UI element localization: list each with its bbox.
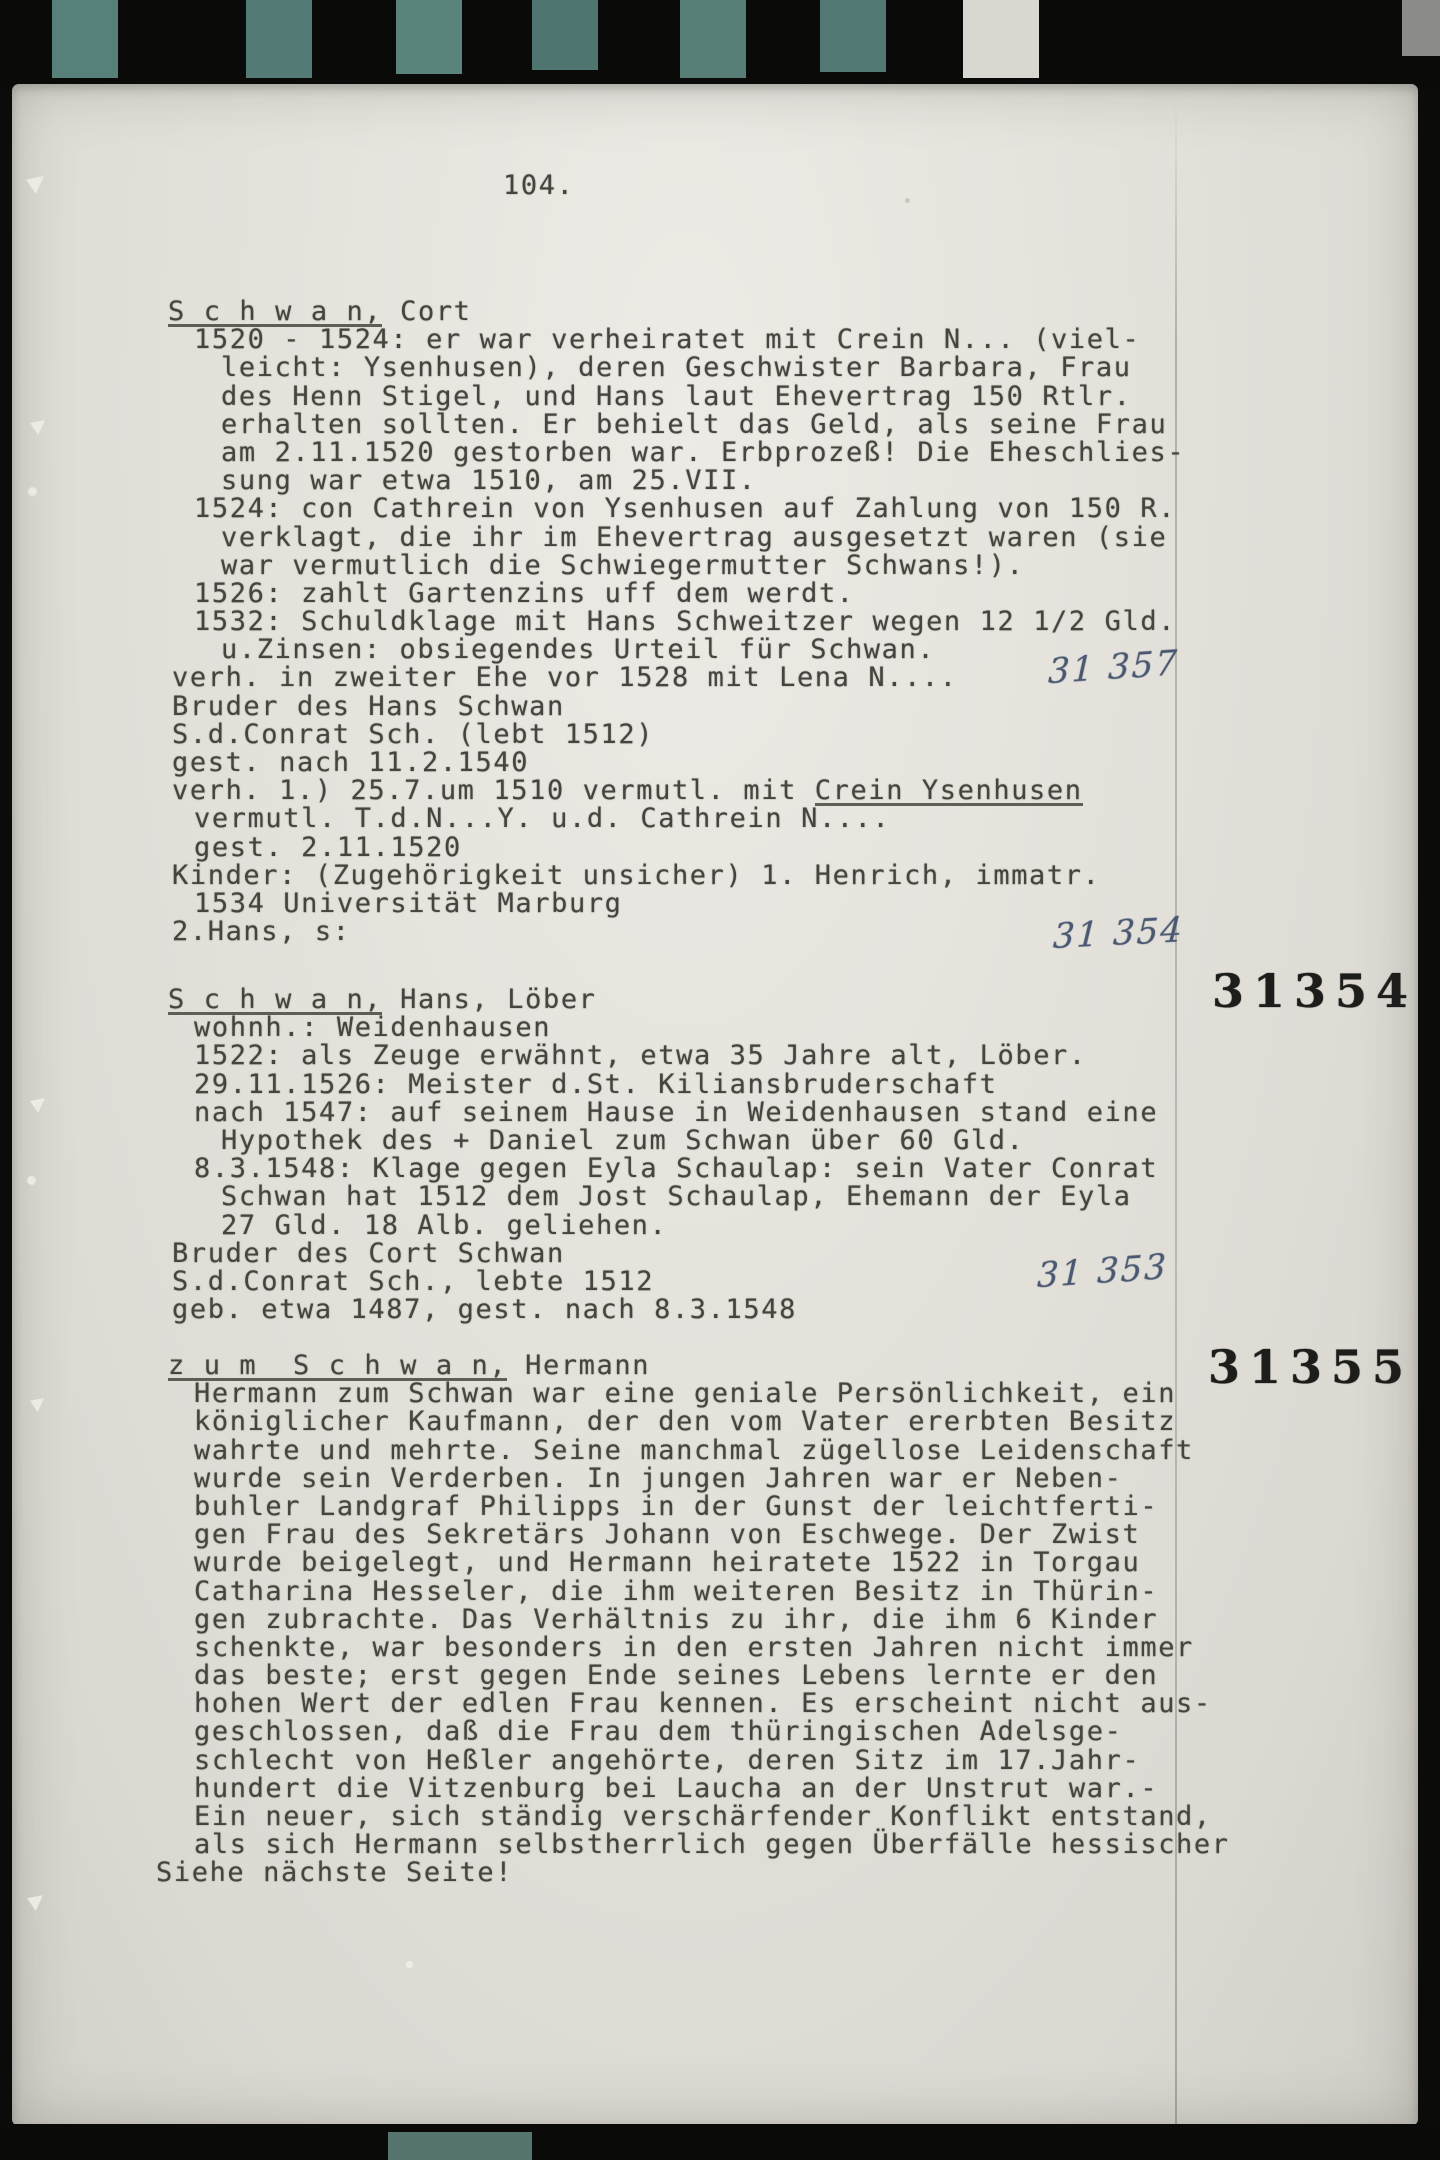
text-segment: vermutl. T.d.N...Y. u.d. Cathrein N.... (194, 803, 890, 834)
text-line: 1522: als Zeuge erwähnt, etwa 35 Jahre a… (194, 1042, 1440, 1070)
underlined-text: Crein Ysenhusen (815, 779, 1083, 806)
genealogy-entry-schwan-hans: S c h w a n, Hans, Löberwohnh.: Weidenha… (0, 986, 1440, 1324)
film-sprocket-bar (820, 0, 886, 72)
text-segment: 27 Gld. 18 Alb. geliehen. (221, 1210, 667, 1241)
stamped-number-31354: 31354 (1212, 964, 1417, 1018)
text-line: S.d.Conrat Sch. (lebt 1512) (172, 721, 1440, 749)
film-sprocket-bar (532, 0, 598, 70)
text-segment: Hypothek des + Daniel zum Schwan über 60… (221, 1125, 1025, 1156)
stamped-number-31355: 31355 (1208, 1340, 1413, 1394)
text-line: gen Frau des Sekretärs Johann von Eschwe… (194, 1521, 1440, 1549)
text-segment: 1534 Universität Marburg (194, 888, 623, 919)
text-line: gest. 2.11.1520 (194, 834, 1440, 862)
text-segment: königlicher Kaufmann, der den vom Vater … (194, 1406, 1176, 1437)
text-line: als sich Hermann selbstherrlich gegen Üb… (194, 1831, 1440, 1859)
underlined-text: z u m S c h w a n, (168, 1354, 507, 1381)
text-segment: gest. nach 11.2.1540 (172, 747, 529, 778)
film-strip-bottom (0, 2124, 1440, 2160)
text-line: Bruder des Hans Schwan (172, 693, 1440, 721)
text-line: S.d.Conrat Sch., lebte 1512 (172, 1268, 1440, 1296)
text-segment: 1524: con Cathrein von Ysenhusen auf Zah… (194, 493, 1176, 524)
text-line: 29.11.1526: Meister d.St. Kiliansbruders… (194, 1071, 1440, 1099)
text-segment: wurde beigelegt, und Hermann heiratete 1… (194, 1547, 1140, 1578)
text-segment: verklagt, die ihr im Ehevertrag ausgeset… (221, 522, 1167, 553)
text-segment: 29.11.1526: Meister d.St. Kiliansbruders… (194, 1069, 998, 1100)
text-segment: wurde sein Verderben. In jungen Jahren w… (194, 1463, 1122, 1494)
entry-heading: S c h w a n, Cort (168, 298, 1440, 326)
text-line: leicht: Ysenhusen), deren Geschwister Ba… (221, 354, 1440, 382)
text-segment: Bruder des Cort Schwan (172, 1238, 565, 1269)
text-segment: verh. 1.) 25.7.um 1510 vermutl. mit (172, 775, 815, 806)
text-line: des Henn Stigel, und Hans laut Ehevertra… (221, 383, 1440, 411)
paper-speck (406, 1961, 413, 1968)
text-segment: buhler Landgraf Philipps in der Gunst de… (194, 1491, 1158, 1522)
text-segment: 1532: Schuldklage mit Hans Schweitzer we… (194, 606, 1176, 637)
text-line: 1534 Universität Marburg (194, 890, 1440, 918)
film-sprocket-bar (246, 0, 312, 78)
text-line: nach 1547: auf seinem Hause in Weidenhau… (194, 1099, 1440, 1127)
text-segment: gen Frau des Sekretärs Johann von Eschwe… (194, 1519, 1140, 1550)
text-segment: verh. in zweiter Ehe vor 1528 mit Lena N… (172, 662, 958, 693)
text-segment: als sich Hermann selbstherrlich gegen Üb… (194, 1829, 1230, 1860)
film-edge-mark (27, 1176, 36, 1185)
text-segment: Hermann (507, 1350, 650, 1381)
text-line: Catharina Hesseler, die ihm weiteren Bes… (194, 1578, 1440, 1606)
text-segment: 1522: als Zeuge erwähnt, etwa 35 Jahre a… (194, 1040, 1087, 1071)
text-line: königlicher Kaufmann, der den vom Vater … (194, 1408, 1440, 1436)
text-segment: hohen Wert der edlen Frau kennen. Es ers… (194, 1688, 1212, 1719)
text-segment: Cort (382, 296, 471, 327)
text-segment: Bruder des Hans Schwan (172, 691, 565, 722)
text-segment: schlecht von Heßler angehörte, deren Sit… (194, 1745, 1140, 1776)
text-line: Schwan hat 1512 dem Jost Schaulap, Ehema… (221, 1183, 1440, 1211)
film-sprocket-bar (680, 0, 746, 78)
text-line: erhalten sollten. Er behielt das Geld, a… (221, 411, 1440, 439)
text-segment: 8.3.1548: Klage gegen Eyla Schaulap: sei… (194, 1153, 1158, 1184)
text-line: Bruder des Cort Schwan (172, 1240, 1440, 1268)
text-segment: Siehe nächste Seite! (156, 1857, 513, 1888)
text-line: am 2.11.1520 gestorben war. Erbprozeß! D… (221, 439, 1440, 467)
underlined-text: S c h w a n, (168, 988, 382, 1015)
genealogy-entry-zum-schwan-hermann: z u m S c h w a n, HermannHermann zum Sc… (0, 1352, 1440, 1888)
text-line: Ein neuer, sich ständig verschärfender K… (194, 1803, 1440, 1831)
handwritten-number-31354: 31 354 (1052, 910, 1185, 957)
text-line: verh. 1.) 25.7.um 1510 vermutl. mit Crei… (172, 777, 1440, 805)
text-line: Hypothek des + Daniel zum Schwan über 60… (221, 1127, 1440, 1155)
text-line: gest. nach 11.2.1540 (172, 749, 1440, 777)
text-line: gen zubrachte. Das Verhältnis zu ihr, di… (194, 1606, 1440, 1634)
text-segment: gen zubrachte. Das Verhältnis zu ihr, di… (194, 1604, 1158, 1635)
text-line: Kinder: (Zugehörigkeit unsicher) 1. Henr… (172, 862, 1440, 890)
text-segment: geb. etwa 1487, gest. nach 8.3.1548 (172, 1294, 797, 1325)
text-line: geschlossen, daß die Frau dem thüringisc… (194, 1718, 1440, 1746)
text-line: 2.Hans, s: (172, 918, 1440, 946)
film-edge-mark (28, 487, 37, 496)
text-line: geb. etwa 1487, gest. nach 8.3.1548 (172, 1296, 1440, 1324)
text-line: u.Zinsen: obsiegendes Urteil für Schwan. (221, 636, 1440, 664)
text-line: sung war etwa 1510, am 25.VII. (221, 467, 1440, 495)
text-segment: Catharina Hesseler, die ihm weiteren Bes… (194, 1576, 1158, 1607)
text-line: verh. in zweiter Ehe vor 1528 mit Lena N… (172, 664, 1440, 692)
text-line: 1526: zahlt Gartenzins uff dem werdt. (194, 580, 1440, 608)
text-segment: 1520 - 1524: er war verheiratet mit Crei… (194, 324, 1140, 355)
text-segment: u.Zinsen: obsiegendes Urteil für Schwan. (221, 634, 935, 665)
text-line: das beste; erst gegen Ende seines Lebens… (194, 1662, 1440, 1690)
film-corner-patch (1402, 0, 1440, 56)
text-line: Siehe nächste Seite! (156, 1859, 1440, 1887)
genealogy-entry-schwan-cort: S c h w a n, Cort1520 - 1524: er war ver… (0, 298, 1440, 946)
text-segment: wohnh.: Weidenhausen (194, 1012, 551, 1043)
text-line: 1524: con Cathrein von Ysenhusen auf Zah… (194, 495, 1440, 523)
text-segment: hundert die Vitzenburg bei Laucha an der… (194, 1773, 1158, 1804)
text-segment: gest. 2.11.1520 (194, 832, 462, 863)
text-segment: Ein neuer, sich ständig verschärfender K… (194, 1801, 1212, 1832)
text-line: war vermutlich die Schwiegermutter Schwa… (221, 552, 1440, 580)
text-segment: 1526: zahlt Gartenzins uff dem werdt. (194, 578, 855, 609)
text-line: hohen Wert der edlen Frau kennen. Es ers… (194, 1690, 1440, 1718)
text-segment: S.d.Conrat Sch., lebte 1512 (172, 1266, 654, 1297)
text-line: 1532: Schuldklage mit Hans Schweitzer we… (194, 608, 1440, 636)
text-line: 8.3.1548: Klage gegen Eyla Schaulap: sei… (194, 1155, 1440, 1183)
text-line: 1520 - 1524: er war verheiratet mit Crei… (194, 326, 1440, 354)
film-strip-top (0, 0, 1440, 86)
text-line: wurde sein Verderben. In jungen Jahren w… (194, 1465, 1440, 1493)
text-segment: S.d.Conrat Sch. (lebt 1512) (172, 719, 654, 750)
text-line: schenkte, war besonders in den ersten Ja… (194, 1634, 1440, 1662)
text-segment: 2.Hans, s: (172, 916, 351, 947)
text-segment: schenkte, war besonders in den ersten Ja… (194, 1632, 1194, 1663)
text-segment: war vermutlich die Schwiegermutter Schwa… (221, 550, 1025, 581)
underlined-text: S c h w a n, (168, 300, 382, 327)
text-segment: Schwan hat 1512 dem Jost Schaulap, Ehema… (221, 1181, 1132, 1212)
text-segment: Kinder: (Zugehörigkeit unsicher) 1. Henr… (172, 860, 1100, 891)
text-line: wohnh.: Weidenhausen (194, 1014, 1440, 1042)
text-segment: erhalten sollten. Er behielt das Geld, a… (221, 409, 1167, 440)
paper-speck (905, 198, 910, 203)
page-number: 104. (503, 172, 574, 200)
text-segment: des Henn Stigel, und Hans laut Ehevertra… (221, 381, 1132, 412)
film-sprocket-bar (396, 0, 462, 74)
text-segment: wahrte und mehrte. Seine manchmal zügell… (194, 1435, 1194, 1466)
text-line: verklagt, die ihr im Ehevertrag ausgeset… (221, 524, 1440, 552)
film-sprocket-bar (388, 2132, 532, 2160)
text-segment: das beste; erst gegen Ende seines Lebens… (194, 1660, 1158, 1691)
text-segment: Hans, Löber (382, 984, 596, 1015)
text-line: schlecht von Heßler angehörte, deren Sit… (194, 1747, 1440, 1775)
text-segment: nach 1547: auf seinem Hause in Weidenhau… (194, 1097, 1158, 1128)
text-segment: sung war etwa 1510, am 25.VII. (221, 465, 757, 496)
text-line: wurde beigelegt, und Hermann heiratete 1… (194, 1549, 1440, 1577)
text-line: vermutl. T.d.N...Y. u.d. Cathrein N.... (194, 805, 1440, 833)
text-segment: am 2.11.1520 gestorben war. Erbprozeß! D… (221, 437, 1185, 468)
film-sprocket-bar (963, 0, 1039, 78)
text-line: 27 Gld. 18 Alb. geliehen. (221, 1212, 1440, 1240)
text-segment: Hermann zum Schwan war eine geniale Pers… (194, 1378, 1176, 1409)
microfilm-scan: 104. S c h w a n, Cort1520 - 1524: er wa… (0, 0, 1440, 2160)
text-segment: leicht: Ysenhusen), deren Geschwister Ba… (221, 352, 1132, 383)
text-line: wahrte und mehrte. Seine manchmal zügell… (194, 1437, 1440, 1465)
text-line: buhler Landgraf Philipps in der Gunst de… (194, 1493, 1440, 1521)
text-line: hundert die Vitzenburg bei Laucha an der… (194, 1775, 1440, 1803)
text-segment: geschlossen, daß die Frau dem thüringisc… (194, 1716, 1122, 1747)
film-sprocket-bar (52, 0, 118, 78)
